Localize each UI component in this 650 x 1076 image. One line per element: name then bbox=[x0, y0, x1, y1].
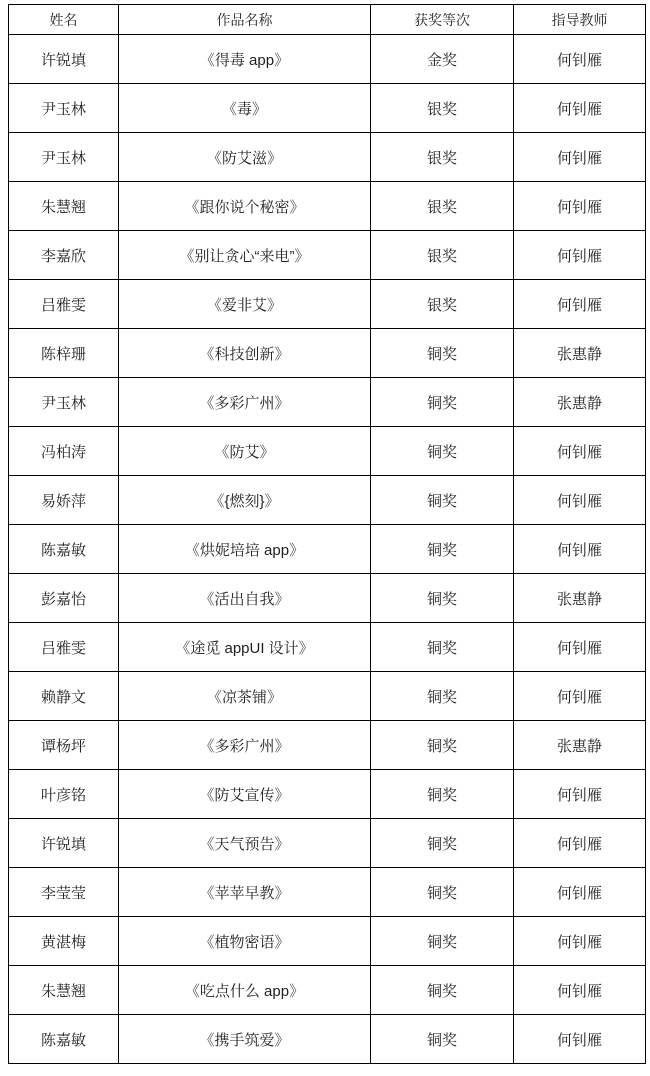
cell-teacher: 何钊雁 bbox=[514, 966, 646, 1015]
cell-teacher: 张惠静 bbox=[514, 721, 646, 770]
cell-work: 《凉茶铺》 bbox=[119, 672, 371, 721]
cell-name: 吕雅雯 bbox=[9, 280, 119, 329]
cell-award: 铜奖 bbox=[371, 868, 514, 917]
cell-name: 易娇萍 bbox=[9, 476, 119, 525]
awards-table: 姓名 作品名称 获奖等次 指导教师 许锐填 《得毒 app》 金奖 何钊雁 尹玉… bbox=[8, 4, 646, 1064]
table-row: 李莹莹 《苹苹早教》 铜奖 何钊雁 bbox=[9, 868, 646, 917]
table-row: 尹玉林 《毒》 银奖 何钊雁 bbox=[9, 84, 646, 133]
cell-name: 陈嘉敏 bbox=[9, 1015, 119, 1064]
cell-work: 《防艾》 bbox=[119, 427, 371, 476]
cell-teacher: 何钊雁 bbox=[514, 84, 646, 133]
cell-work: 《苹苹早教》 bbox=[119, 868, 371, 917]
cell-teacher: 何钊雁 bbox=[514, 476, 646, 525]
cell-name: 冯柏涛 bbox=[9, 427, 119, 476]
cell-teacher: 何钊雁 bbox=[514, 623, 646, 672]
cell-work: 《活出自我》 bbox=[119, 574, 371, 623]
cell-name: 叶彦铭 bbox=[9, 770, 119, 819]
cell-name: 谭杨坪 bbox=[9, 721, 119, 770]
table-row: 尹玉林 《多彩广州》 铜奖 张惠静 bbox=[9, 378, 646, 427]
cell-award: 银奖 bbox=[371, 231, 514, 280]
cell-name: 吕雅雯 bbox=[9, 623, 119, 672]
header-award: 获奖等次 bbox=[371, 5, 514, 35]
header-name: 姓名 bbox=[9, 5, 119, 35]
cell-award: 铜奖 bbox=[371, 574, 514, 623]
cell-teacher: 何钊雁 bbox=[514, 1015, 646, 1064]
table-row: 易娇萍 《{燃刻}》 铜奖 何钊雁 bbox=[9, 476, 646, 525]
cell-award: 银奖 bbox=[371, 280, 514, 329]
table-row: 尹玉林 《防艾滋》 银奖 何钊雁 bbox=[9, 133, 646, 182]
table-row: 彭嘉怡 《活出自我》 铜奖 张惠静 bbox=[9, 574, 646, 623]
cell-work: 《防艾滋》 bbox=[119, 133, 371, 182]
cell-work: 《途觅 appUI 设计》 bbox=[119, 623, 371, 672]
cell-award: 铜奖 bbox=[371, 623, 514, 672]
cell-work: 《携手筑爱》 bbox=[119, 1015, 371, 1064]
table-row: 陈嘉敏 《携手筑爱》 铜奖 何钊雁 bbox=[9, 1015, 646, 1064]
cell-teacher: 何钊雁 bbox=[514, 231, 646, 280]
cell-award: 铜奖 bbox=[371, 329, 514, 378]
cell-work: 《植物密语》 bbox=[119, 917, 371, 966]
cell-name: 陈梓珊 bbox=[9, 329, 119, 378]
cell-work: 《毒》 bbox=[119, 84, 371, 133]
cell-award: 银奖 bbox=[371, 133, 514, 182]
header-work: 作品名称 bbox=[119, 5, 371, 35]
cell-teacher: 何钊雁 bbox=[514, 770, 646, 819]
cell-teacher: 何钊雁 bbox=[514, 917, 646, 966]
cell-teacher: 张惠静 bbox=[514, 574, 646, 623]
cell-teacher: 何钊雁 bbox=[514, 819, 646, 868]
cell-work: 《多彩广州》 bbox=[119, 721, 371, 770]
cell-teacher: 何钊雁 bbox=[514, 182, 646, 231]
cell-work: 《别让贪心“来电”》 bbox=[119, 231, 371, 280]
table-row: 吕雅雯 《爱非艾》 银奖 何钊雁 bbox=[9, 280, 646, 329]
cell-name: 许锐填 bbox=[9, 819, 119, 868]
cell-teacher: 何钊雁 bbox=[514, 427, 646, 476]
table-row: 许锐填 《得毒 app》 金奖 何钊雁 bbox=[9, 35, 646, 84]
cell-teacher: 何钊雁 bbox=[514, 672, 646, 721]
cell-name: 李莹莹 bbox=[9, 868, 119, 917]
cell-name: 许锐填 bbox=[9, 35, 119, 84]
cell-award: 铜奖 bbox=[371, 476, 514, 525]
cell-work: 《多彩广州》 bbox=[119, 378, 371, 427]
cell-name: 尹玉林 bbox=[9, 133, 119, 182]
cell-award: 铜奖 bbox=[371, 525, 514, 574]
cell-name: 尹玉林 bbox=[9, 84, 119, 133]
table-row: 黄湛梅 《植物密语》 铜奖 何钊雁 bbox=[9, 917, 646, 966]
cell-name: 黄湛梅 bbox=[9, 917, 119, 966]
cell-award: 铜奖 bbox=[371, 966, 514, 1015]
cell-award: 铜奖 bbox=[371, 378, 514, 427]
cell-name: 朱慧翘 bbox=[9, 966, 119, 1015]
cell-work: 《科技创新》 bbox=[119, 329, 371, 378]
cell-award: 银奖 bbox=[371, 84, 514, 133]
cell-award: 金奖 bbox=[371, 35, 514, 84]
cell-work: 《爱非艾》 bbox=[119, 280, 371, 329]
header-row: 姓名 作品名称 获奖等次 指导教师 bbox=[9, 5, 646, 35]
cell-teacher: 张惠静 bbox=[514, 378, 646, 427]
cell-work: 《天气预告》 bbox=[119, 819, 371, 868]
cell-name: 彭嘉怡 bbox=[9, 574, 119, 623]
cell-teacher: 何钊雁 bbox=[514, 525, 646, 574]
cell-name: 朱慧翘 bbox=[9, 182, 119, 231]
cell-teacher: 何钊雁 bbox=[514, 868, 646, 917]
cell-work: 《得毒 app》 bbox=[119, 35, 371, 84]
header-teacher: 指导教师 bbox=[514, 5, 646, 35]
cell-name: 李嘉欣 bbox=[9, 231, 119, 280]
table-row: 朱慧翘 《吃点什么 app》 铜奖 何钊雁 bbox=[9, 966, 646, 1015]
cell-teacher: 何钊雁 bbox=[514, 35, 646, 84]
table-row: 陈梓珊 《科技创新》 铜奖 张惠静 bbox=[9, 329, 646, 378]
cell-award: 铜奖 bbox=[371, 427, 514, 476]
table-row: 吕雅雯 《途觅 appUI 设计》 铜奖 何钊雁 bbox=[9, 623, 646, 672]
cell-teacher: 何钊雁 bbox=[514, 280, 646, 329]
cell-award: 铜奖 bbox=[371, 1015, 514, 1064]
cell-name: 尹玉林 bbox=[9, 378, 119, 427]
cell-work: 《跟你说个秘密》 bbox=[119, 182, 371, 231]
table-row: 李嘉欣 《别让贪心“来电”》 银奖 何钊雁 bbox=[9, 231, 646, 280]
cell-work: 《{燃刻}》 bbox=[119, 476, 371, 525]
cell-award: 铜奖 bbox=[371, 672, 514, 721]
table-row: 谭杨坪 《多彩广州》 铜奖 张惠静 bbox=[9, 721, 646, 770]
cell-work: 《烘妮培培 app》 bbox=[119, 525, 371, 574]
table-row: 赖静文 《凉茶铺》 铜奖 何钊雁 bbox=[9, 672, 646, 721]
cell-work: 《防艾宣传》 bbox=[119, 770, 371, 819]
cell-work: 《吃点什么 app》 bbox=[119, 966, 371, 1015]
cell-name: 赖静文 bbox=[9, 672, 119, 721]
cell-name: 陈嘉敏 bbox=[9, 525, 119, 574]
table-body: 许锐填 《得毒 app》 金奖 何钊雁 尹玉林 《毒》 银奖 何钊雁 尹玉林 《… bbox=[9, 35, 646, 1064]
cell-teacher: 张惠静 bbox=[514, 329, 646, 378]
document-page: 姓名 作品名称 获奖等次 指导教师 许锐填 《得毒 app》 金奖 何钊雁 尹玉… bbox=[0, 0, 650, 1076]
cell-award: 铜奖 bbox=[371, 721, 514, 770]
cell-teacher: 何钊雁 bbox=[514, 133, 646, 182]
cell-award: 铜奖 bbox=[371, 770, 514, 819]
cell-award: 铜奖 bbox=[371, 917, 514, 966]
table-row: 朱慧翘 《跟你说个秘密》 银奖 何钊雁 bbox=[9, 182, 646, 231]
cell-award: 银奖 bbox=[371, 182, 514, 231]
table-row: 陈嘉敏 《烘妮培培 app》 铜奖 何钊雁 bbox=[9, 525, 646, 574]
cell-award: 铜奖 bbox=[371, 819, 514, 868]
table-row: 冯柏涛 《防艾》 铜奖 何钊雁 bbox=[9, 427, 646, 476]
table-row: 许锐填 《天气预告》 铜奖 何钊雁 bbox=[9, 819, 646, 868]
table-row: 叶彦铭 《防艾宣传》 铜奖 何钊雁 bbox=[9, 770, 646, 819]
